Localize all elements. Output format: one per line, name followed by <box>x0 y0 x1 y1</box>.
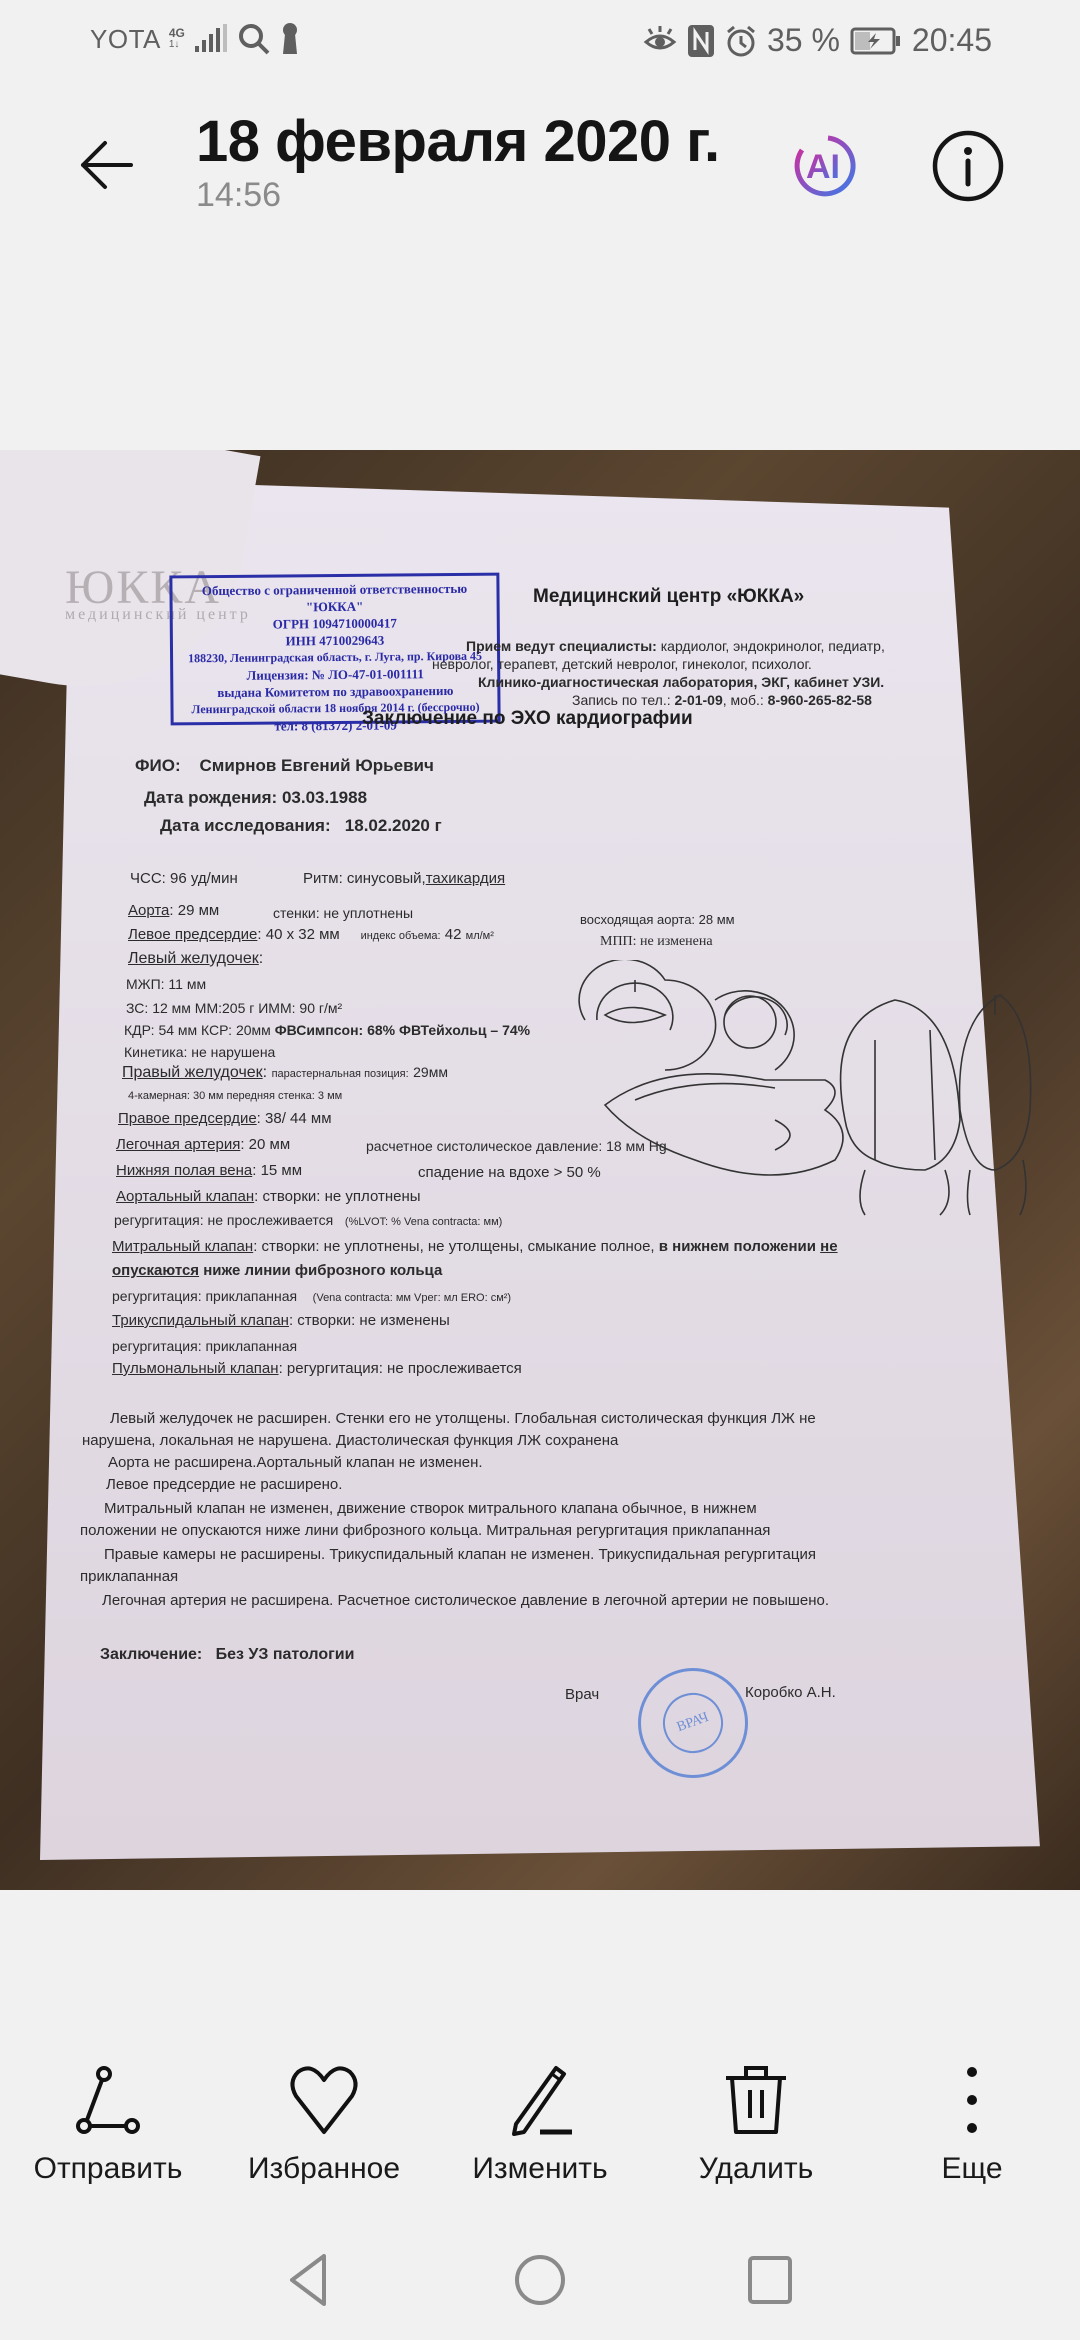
right-atrium-label: Правое предсердие <box>118 1110 257 1127</box>
back-button[interactable] <box>70 130 140 200</box>
nav-home-button[interactable] <box>510 2250 570 2310</box>
mitral-valve-row: Митральный клапан: створки: не уплотнены… <box>112 1238 838 1255</box>
keyhole-icon <box>279 22 301 56</box>
carrier-name: YOTA <box>90 24 161 55</box>
aortic-regurgitation: регургитация: не прослеживается (%LVOT: … <box>114 1212 502 1228</box>
nav-recents-button[interactable] <box>740 2250 800 2310</box>
mitral-line2-underlined: опускаются <box>112 1262 199 1279</box>
conclusion-label: Заключение: <box>100 1646 202 1663</box>
aortic-valve-row: Аортальный клапан: створки: не уплотнены <box>116 1188 421 1205</box>
network-type: 4G 1↓ <box>169 27 185 51</box>
more-button[interactable]: Еще <box>864 2060 1080 2200</box>
ivc-collapse: спадение на вдохе > 50 % <box>418 1164 601 1181</box>
right-atrium-value: : 38/ 44 мм <box>257 1110 332 1127</box>
aorta-label: Аорта <box>128 902 169 919</box>
home-circle-icon <box>510 2250 570 2310</box>
stamp-line: Общество с ограниченной ответственностью… <box>172 580 496 617</box>
gallery-photo-viewer: YOTA 4G 1↓ 35 % 20:45 18 февраля 2020 г.… <box>0 0 1080 2340</box>
contact-phone: 2-01-09 <box>675 692 723 708</box>
nav-back-button[interactable] <box>280 2250 340 2310</box>
patient-name-label: ФИО: <box>135 756 181 775</box>
contact-mob-prefix: , моб.: <box>723 692 764 708</box>
share-button[interactable]: Отправить <box>0 2060 216 2200</box>
info-button[interactable] <box>930 128 1006 204</box>
exam-date-value: 18.02.2020 г <box>345 816 442 835</box>
ef-simpson: ФВСимпсон: 68% <box>275 1022 395 1038</box>
right-ventricle-row: Правый желудочек: парастернальная позици… <box>122 1064 448 1082</box>
heart-diagrams <box>575 960 1035 1220</box>
document-title: Заключение по ЭХО кардиографии <box>362 708 693 730</box>
dob-value: 03.03.1988 <box>282 788 367 807</box>
info-icon <box>930 128 1006 204</box>
summary-line: Аорта не расширена.Аортальный клапан не … <box>108 1454 483 1471</box>
posterior-wall-mass: ЗС: 12 мм ММ:205 г ИММ: 90 г/м² <box>126 1000 342 1016</box>
ascending-aorta: восходящая аорта: 28 мм <box>580 912 735 927</box>
rhythm-label: Ритм: синусовый, <box>303 870 426 887</box>
tricuspid-valve-value: : створки: не изменены <box>289 1312 450 1329</box>
pulmonary-valve-label: Пульмональный клапан <box>112 1360 279 1377</box>
system-navigation-bar <box>0 2250 1080 2310</box>
doctor-name: Коробко А.Н. <box>745 1684 836 1701</box>
interatrial-septum: МПП: не изменена <box>600 934 713 950</box>
status-clock: 20:45 <box>912 22 992 59</box>
edit-label: Изменить <box>472 2152 607 2186</box>
av-regurg-text: регургитация: не прослеживается <box>114 1212 333 1228</box>
right-ventricle-label: Правый желудочек <box>122 1064 263 1081</box>
specialists-line2: невролог, терапевт, детский невролог, ги… <box>432 656 812 672</box>
mv-regurg-params: (Vena contracta: мм Vрег: мл ERO: см²) <box>313 1292 511 1304</box>
ef-teichholz: ФВТейхольц – 74% <box>399 1022 530 1038</box>
right-atrium-row: Правое предсердие: 38/ 44 мм <box>118 1110 332 1127</box>
trash-icon <box>716 2060 796 2140</box>
dob-row: Дата рождения: 03.03.1988 <box>144 788 367 808</box>
rhythm: Ритм: синусовый,тахикардия <box>303 870 505 887</box>
conclusion-value: Без УЗ патологии <box>216 1646 355 1663</box>
exam-date-row: Дата исследования: 18.02.2020 г <box>160 816 442 836</box>
stamp-inner: ВРАЧ <box>655 1685 732 1762</box>
left-atrium-row: Левое предсердие: 40 х 32 мм индекс объе… <box>128 926 494 943</box>
svg-text:AI: AI <box>806 148 840 186</box>
more-label: Еще <box>941 2152 1002 2186</box>
left-ventricle-label: Левый желудочек <box>128 950 259 967</box>
specialists-list: кардиолог, эндокринолог, педиатр, <box>661 638 885 654</box>
la-index-label: индекс объема: <box>361 930 441 942</box>
alarm-icon <box>725 24 757 58</box>
clinic-name: Медицинский центр «ЮККА» <box>533 586 804 608</box>
status-left: YOTA 4G 1↓ <box>90 22 301 56</box>
edd-esd: КДР: 54 мм КСР: 20мм <box>124 1022 271 1038</box>
share-icon <box>68 2060 148 2140</box>
photo-time-subtitle: 14:56 <box>196 176 281 215</box>
aorta-row: Аорта: 29 мм <box>128 902 219 919</box>
heart-rate: ЧСС: 96 уд/мин <box>130 870 238 887</box>
status-right: 35 % 20:45 <box>643 22 992 59</box>
ai-button[interactable]: AI <box>788 130 858 200</box>
contact-mobile: 8-960-265-82-58 <box>768 692 872 708</box>
network-type-top: 4G <box>169 27 185 39</box>
left-atrium-label: Левое предсердие <box>128 926 257 943</box>
pulmonary-artery-label: Легочная артерия <box>116 1136 240 1153</box>
pulmonary-artery-row: Легочная артерия: 20 мм <box>116 1136 290 1153</box>
left-ventricle-heading: Левый желудочек: <box>128 950 263 968</box>
mitral-valve-value: : створки: не уплотнены, не утолщены, см… <box>253 1238 654 1255</box>
recents-square-icon <box>740 2250 800 2310</box>
av-regurg-params: (%LVOT: % Vena contracta: мм) <box>345 1216 502 1228</box>
bottom-action-bar: Отправить Избранное Изменить Удалить Еще <box>0 2060 1080 2200</box>
tricuspid-valve-row: Трикуспидальный клапан: створки: не изме… <box>112 1312 450 1329</box>
contact-line: Запись по тел.: 2-01-09, моб.: 8-960-265… <box>572 692 872 708</box>
ivc-label: Нижняя полая вена <box>116 1162 252 1179</box>
ivc-row: Нижняя полая вена: 15 мм <box>116 1162 302 1179</box>
battery-percent: 35 % <box>767 22 840 59</box>
rv-parasternal-label: парастернальная позиция: <box>272 1068 409 1080</box>
edd-esd-ef: КДР: 54 мм КСР: 20мм ФВСимпсон: 68% ФВТе… <box>124 1022 530 1038</box>
aorta-value: : 29 мм <box>169 902 219 919</box>
mitral-regurgitation: регургитация: приклапанная (Vena contrac… <box>112 1288 511 1304</box>
contact-prefix: Запись по тел.: <box>572 692 671 708</box>
specialists-label: Прием ведут специалисты: <box>466 638 657 654</box>
mitral-line2: ниже линии фиброзного кольца <box>203 1262 442 1279</box>
more-vertical-icon <box>932 2060 1012 2140</box>
search-icon <box>237 22 271 56</box>
photo-image[interactable]: ЮККА медицинский центр Общество с ограни… <box>0 450 1080 1890</box>
la-index-value: 42 <box>445 926 462 943</box>
conclusion-row: Заключение: Без УЗ патологии <box>100 1646 354 1664</box>
edit-pencil-icon <box>500 2060 580 2140</box>
mv-regurg-text: регургитация: приклапанная <box>112 1288 297 1304</box>
edit-button[interactable]: Изменить <box>432 2060 648 2200</box>
ivc-value: : 15 мм <box>252 1162 302 1179</box>
aorta-walls: стенки: не уплотнены <box>273 905 413 921</box>
doctor-round-stamp: ВРАЧ <box>638 1668 748 1778</box>
app-header: 18 февраля 2020 г. 14:56 AI <box>0 100 1080 230</box>
aortic-valve-value: : створки: не уплотнены <box>254 1188 420 1205</box>
mitral-valve-row2: опускаются ниже линии фиброзного кольца <box>112 1262 442 1279</box>
arrow-left-icon <box>75 135 135 195</box>
rhythm-value: тахикардия <box>426 870 505 887</box>
status-bar: YOTA 4G 1↓ 35 % 20:45 <box>0 0 1080 80</box>
patient-name-row: ФИО: Смирнов Евгений Юрьевич <box>135 756 434 776</box>
rv-parasternal-value: 29мм <box>413 1064 448 1080</box>
ai-lens-icon: AI <box>788 130 858 200</box>
company-stamp: Общество с ограниченной ответственностью… <box>169 573 500 726</box>
la-index-unit: мл/м² <box>466 930 494 942</box>
summary-line: Легочная артерия не расширена. Расчетное… <box>102 1592 829 1609</box>
summary-line: Левое предсердие не расширено. <box>106 1476 342 1493</box>
favorite-label: Избранное <box>248 2152 400 2186</box>
network-type-bottom: 1↓ <box>169 39 185 51</box>
pulmonary-valve-row: Пульмональный клапан: регургитация: не п… <box>112 1360 522 1377</box>
summary-line: приклапанная <box>80 1568 178 1585</box>
signal-icon <box>195 24 229 54</box>
mitral-bold-underlined: не <box>820 1238 837 1255</box>
dob-label: Дата рождения: <box>144 788 277 807</box>
summary-line: нарушена, локальная не нарушена. Диастол… <box>82 1432 618 1449</box>
exam-date-label: Дата исследования: <box>160 816 331 835</box>
summary-line: положении не опускаются ниже лини фиброз… <box>80 1522 770 1539</box>
summary-line: Митральный клапан не изменен, движение с… <box>104 1500 757 1517</box>
photo-date-title: 18 февраля 2020 г. <box>196 108 720 175</box>
summary-line: Правые камеры не расширены. Трикуспидаль… <box>104 1546 816 1563</box>
ivs: МЖП: 11 мм <box>126 976 206 992</box>
battery-charging-icon <box>850 26 902 56</box>
tricuspid-valve-label: Трикуспидальный клапан <box>112 1312 289 1329</box>
rv-4chamber: 4-камерная: 30 мм передняя стенка: 3 мм <box>128 1090 342 1102</box>
mitral-valve-label: Митральный клапан <box>112 1238 253 1255</box>
doctor-label: Врач <box>565 1686 599 1703</box>
delete-label: Удалить <box>699 2152 814 2186</box>
heart-icon <box>284 2060 364 2140</box>
pulmonary-valve-value: : регургитация: не прослеживается <box>279 1360 522 1377</box>
patient-name: Смирнов Евгений Юрьевич <box>200 756 434 775</box>
mitral-bold: в нижнем положении <box>659 1238 816 1255</box>
kinetics: Кинетика: не нарушена <box>124 1044 275 1060</box>
specialists-line1: Прием ведут специалисты: кардиолог, эндо… <box>466 638 885 654</box>
pulmonary-artery-value: : 20 мм <box>240 1136 290 1153</box>
tricuspid-regurgitation: регургитация: приклапанная <box>112 1338 297 1354</box>
eye-comfort-icon <box>643 26 677 56</box>
summary-line: Левый желудочек не расширен. Стенки его … <box>110 1410 816 1427</box>
back-triangle-icon <box>280 2250 340 2310</box>
nfc-icon <box>687 24 715 58</box>
lab-services: Клинико-диагностическая лаборатория, ЭКГ… <box>478 674 884 690</box>
aortic-valve-label: Аортальный клапан <box>116 1188 254 1205</box>
left-atrium-value: : 40 х 32 мм <box>257 926 339 943</box>
echo-report-document: ЮККА медицинский центр Общество с ограни… <box>0 450 1080 1890</box>
delete-button[interactable]: Удалить <box>648 2060 864 2200</box>
favorite-button[interactable]: Избранное <box>216 2060 432 2200</box>
share-label: Отправить <box>34 2152 183 2186</box>
